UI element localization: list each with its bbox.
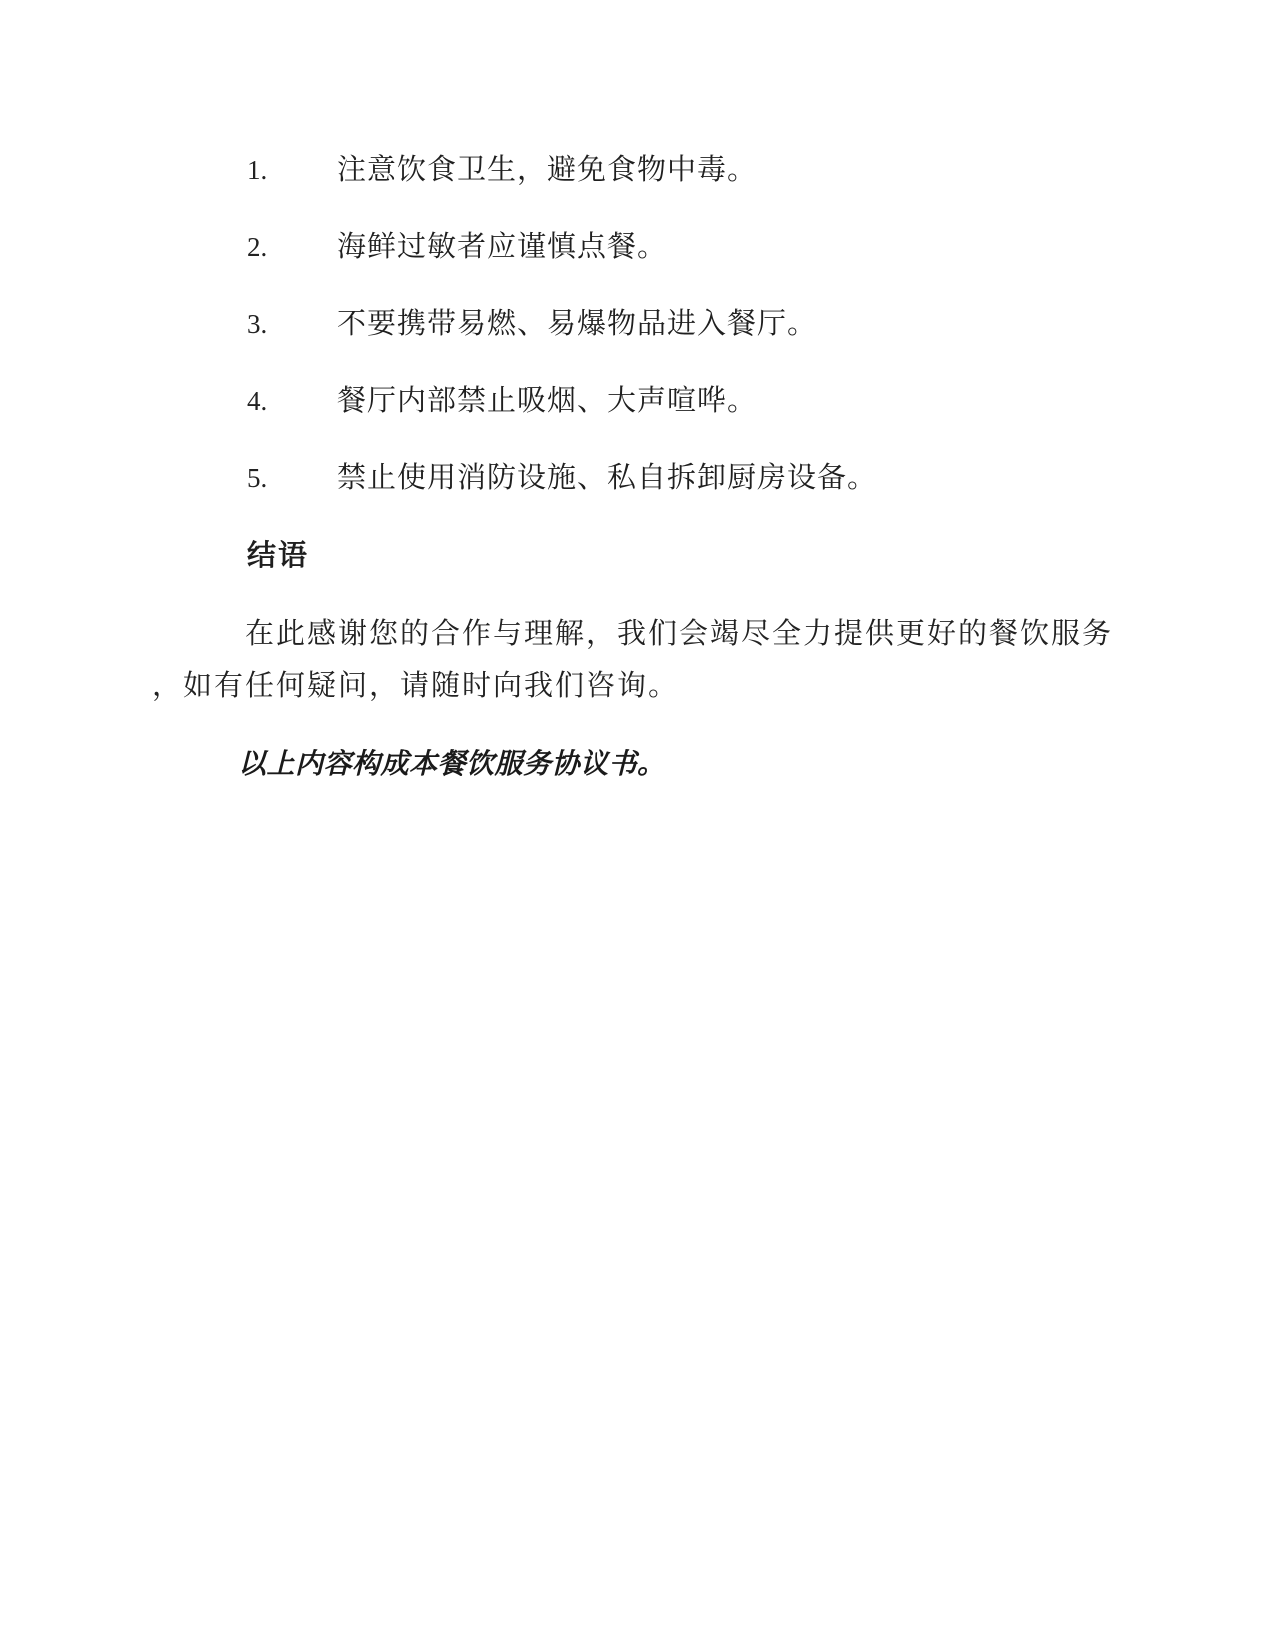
closing-paragraph-line-2: ，如有任何疑问，请随时向我们咨询。 [152,668,679,704]
list-item-text: 餐厅内部禁止吸烟、大声喧哗。 [337,383,1125,419]
list-item: 4. 餐厅内部禁止吸烟、大声喧哗。 [150,383,1125,419]
list-item-text: 不要携带易燃、易爆物品进入餐厅。 [337,306,1125,342]
list-item-number: 2. [247,229,337,265]
list-item: 1. 注意饮食卫生，避免食物中毒。 [150,152,1125,188]
list-item-text: 禁止使用消防设施、私自拆卸厨房设备。 [337,460,1125,496]
list-item-number: 1. [247,152,337,188]
list-item: 3. 不要携带易燃、易爆物品进入餐厅。 [150,306,1125,342]
list-item-number: 5. [247,460,337,496]
document-page: 1. 注意饮食卫生，避免食物中毒。 2. 海鲜过敏者应谨慎点餐。 3. 不要携带… [0,0,1275,1650]
final-statement: 以上内容构成本餐饮服务协议书。 [238,747,666,783]
list-item-text: 注意饮食卫生，避免食物中毒。 [337,152,1125,188]
closing-paragraph-line-1: 在此感谢您的合作与理解，我们会竭尽全力提供更好的餐饮服务 [245,616,1113,652]
list-item: 2. 海鲜过敏者应谨慎点餐。 [150,229,1125,265]
list-item-text: 海鲜过敏者应谨慎点餐。 [337,229,1125,265]
closing-heading: 结语 [247,538,309,574]
list-item: 5. 禁止使用消防设施、私自拆卸厨房设备。 [150,460,1125,496]
list-item-number: 3. [247,306,337,342]
list-item-number: 4. [247,383,337,419]
